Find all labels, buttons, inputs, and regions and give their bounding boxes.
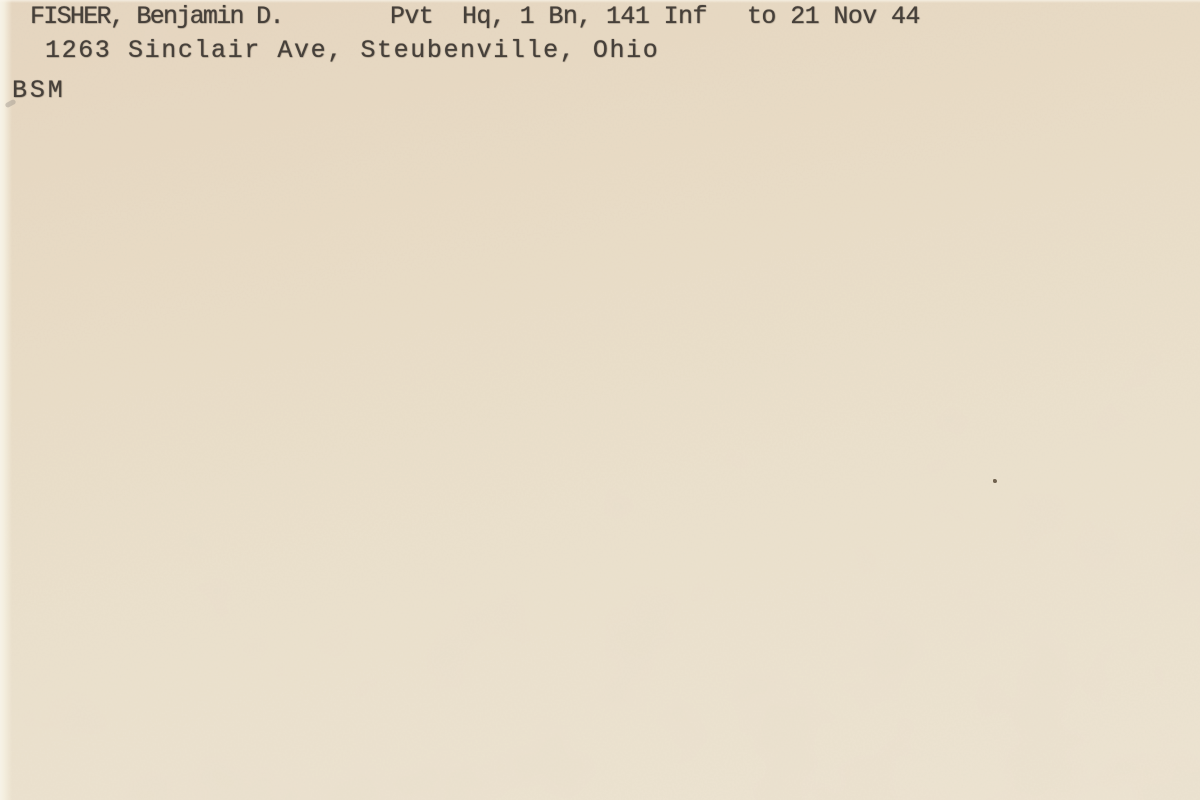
paper-texture [0, 0, 1200, 800]
paper-speck [993, 479, 997, 483]
soldier-rank: Pvt [390, 4, 433, 29]
typed-line-3: BSM [0, 78, 1200, 104]
index-card: FISHER, Benjamin D. Pvt Hq, 1 Bn, 141 In… [0, 0, 1200, 800]
typed-line-2: 1263 Sinclair Ave, Steubenville, Ohio [0, 38, 1200, 64]
award-abbreviation: BSM [12, 78, 66, 103]
home-address: 1263 Sinclair Ave, Steubenville, Ohio [45, 38, 659, 63]
typed-line-1: FISHER, Benjamin D. Pvt Hq, 1 Bn, 141 In… [0, 4, 1200, 30]
soldier-name: FISHER, Benjamin D. [30, 4, 283, 29]
soldier-unit: Hq, 1 Bn, 141 Inf [462, 4, 707, 29]
transfer-date: to 21 Nov 44 [747, 4, 920, 29]
